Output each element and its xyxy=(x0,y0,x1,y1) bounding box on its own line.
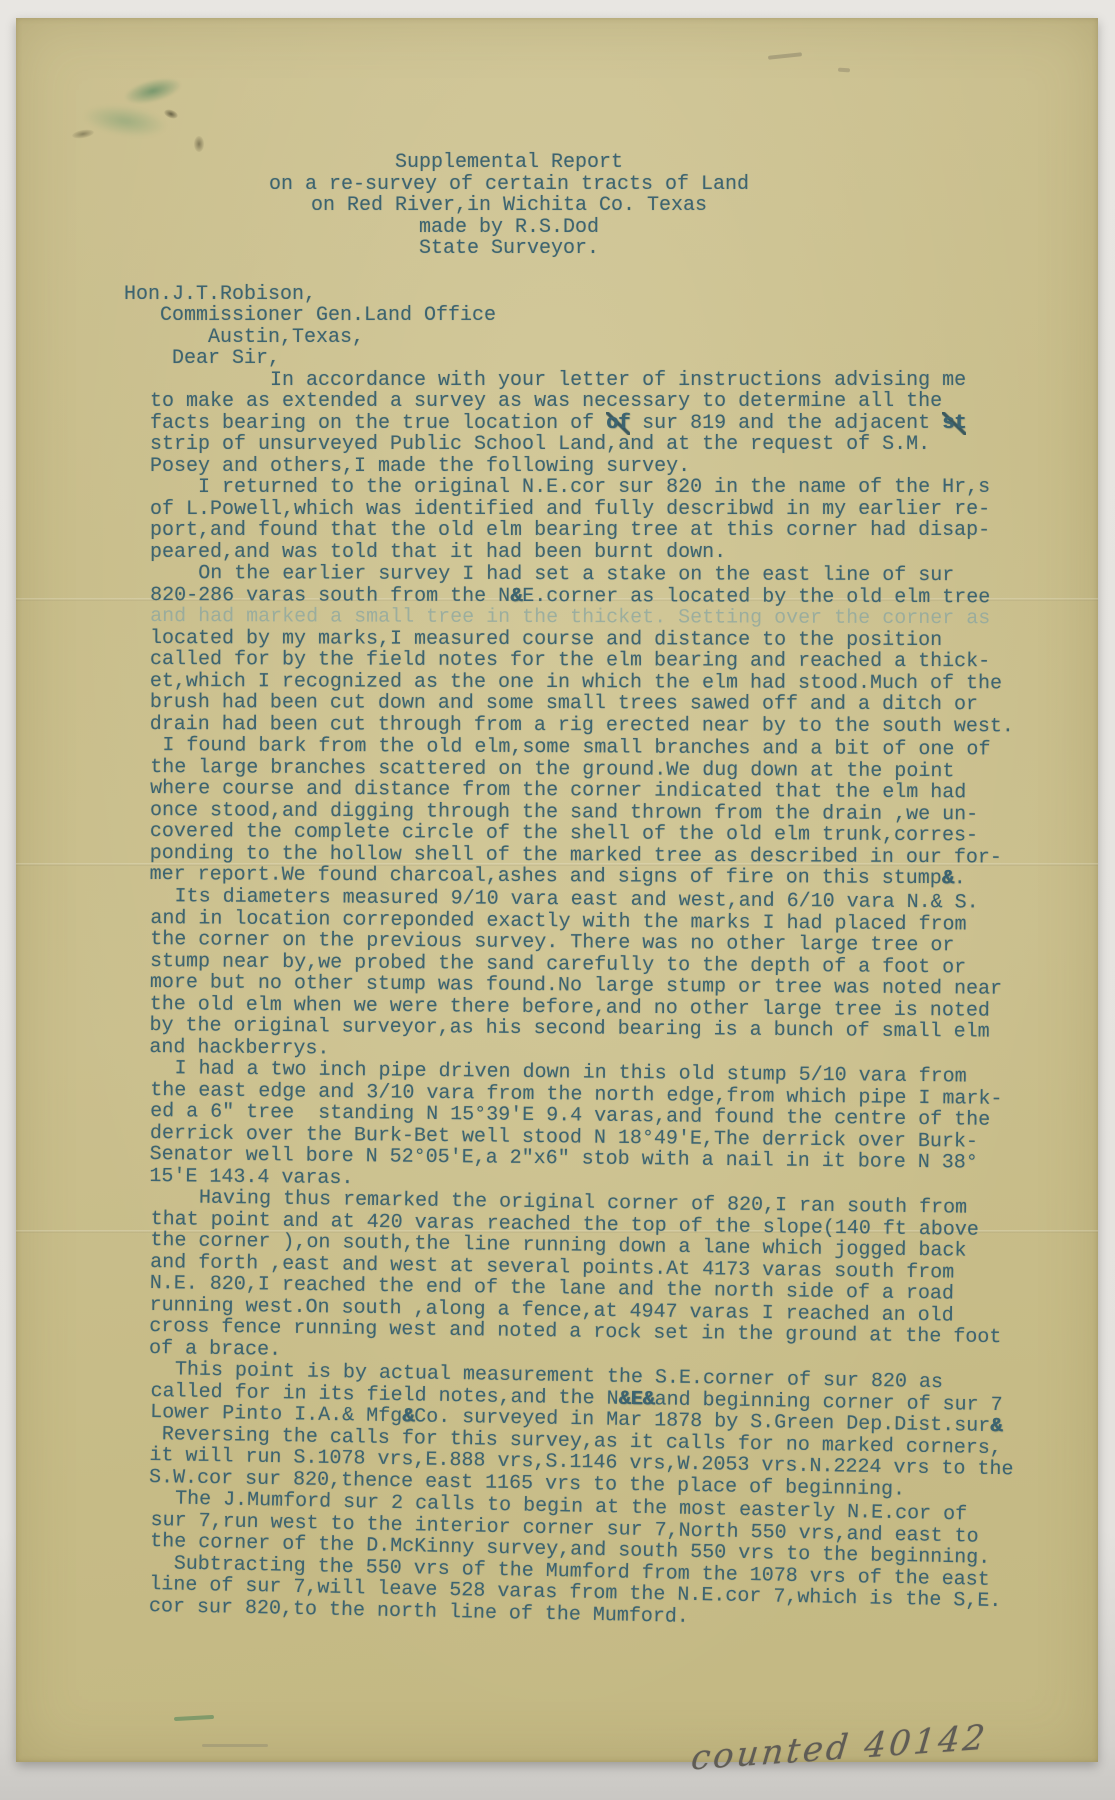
pencil-dash-icon xyxy=(202,1744,268,1747)
report-body: In accordance with your letter of instru… xyxy=(150,370,1098,1617)
text-line: peared,and was told that it had been bur… xyxy=(150,542,1098,564)
overstruck-text: of xyxy=(606,412,630,435)
text-line: Dear Sir, xyxy=(124,348,1098,370)
paragraph: Having thus remarked the original corner… xyxy=(149,1187,1099,1371)
green-pencil-dash-icon xyxy=(174,1715,214,1721)
paragraph: This point is by actual measurement the … xyxy=(149,1359,1099,1504)
overstruck-text: &E& xyxy=(618,1387,654,1411)
report-title: Supplemental Reporton a re-survey of cer… xyxy=(124,152,894,260)
overstruck-text: st xyxy=(942,412,966,435)
overstruck-text: & xyxy=(402,1405,414,1428)
paragraph: The J.Mumford sur 2 calls to begin at th… xyxy=(149,1488,1099,1636)
text-line: Austin,Texas, xyxy=(124,327,1098,349)
text-line: on a re-survey of certain tracts of Land xyxy=(124,174,894,196)
text-line: Commissioner Gen.Land Office xyxy=(124,305,1098,327)
paragraph: Its diameters measured 9/10 vara east an… xyxy=(149,886,1098,1065)
text-line: facts bearing on the true location of of… xyxy=(150,413,1098,435)
text-line: made by R.S.Dod xyxy=(124,217,894,239)
text-line: on Red River,in Wichita Co. Texas xyxy=(124,195,894,217)
text-line: Posey and others,I made the following su… xyxy=(150,456,1098,478)
paragraph: On the earlier survey I had set a stake … xyxy=(150,563,1098,737)
typed-text: Supplemental Reporton a re-survey of cer… xyxy=(16,18,1098,1617)
text-line: Hon.J.T.Robison, xyxy=(124,284,1098,306)
text-line: In accordance with your letter of instru… xyxy=(150,370,1098,392)
paragraph: I returned to the original N.E.cor sur 8… xyxy=(150,477,1098,563)
scanned-document-page: { "document": { "ink_color": "#3d6470", … xyxy=(0,0,1115,1800)
paper-sheet: Supplemental Reporton a re-survey of cer… xyxy=(16,18,1098,1762)
text-line: of L.Powell,which was identified and ful… xyxy=(150,499,1098,521)
text-line: port,and found that the old elm bearing … xyxy=(150,520,1098,542)
overstruck-text: & xyxy=(942,867,954,890)
text-line: strip of unsurveyed Public School Land,a… xyxy=(150,434,1098,456)
paragraph: In accordance with your letter of instru… xyxy=(150,370,1098,478)
text-line: to make as extended a survey as was nece… xyxy=(150,391,1098,413)
recipient-address: Hon.J.T.Robison, Commissioner Gen.Land O… xyxy=(124,284,1098,370)
text-line: State Surveyor. xyxy=(124,238,894,260)
text-line: and had marked a small tree in the thick… xyxy=(150,606,1098,630)
overstruck-text: & xyxy=(990,1414,1002,1437)
paragraph: I found bark from the old elm,some small… xyxy=(150,735,1099,890)
overstruck-text: & xyxy=(510,584,522,607)
handwritten-note: counted 40142 xyxy=(689,1717,989,1778)
paragraph: I had a two inch pipe driven down in thi… xyxy=(149,1058,1098,1197)
text-line: I returned to the original N.E.cor sur 8… xyxy=(150,477,1098,499)
text-line: Supplemental Report xyxy=(124,152,894,174)
